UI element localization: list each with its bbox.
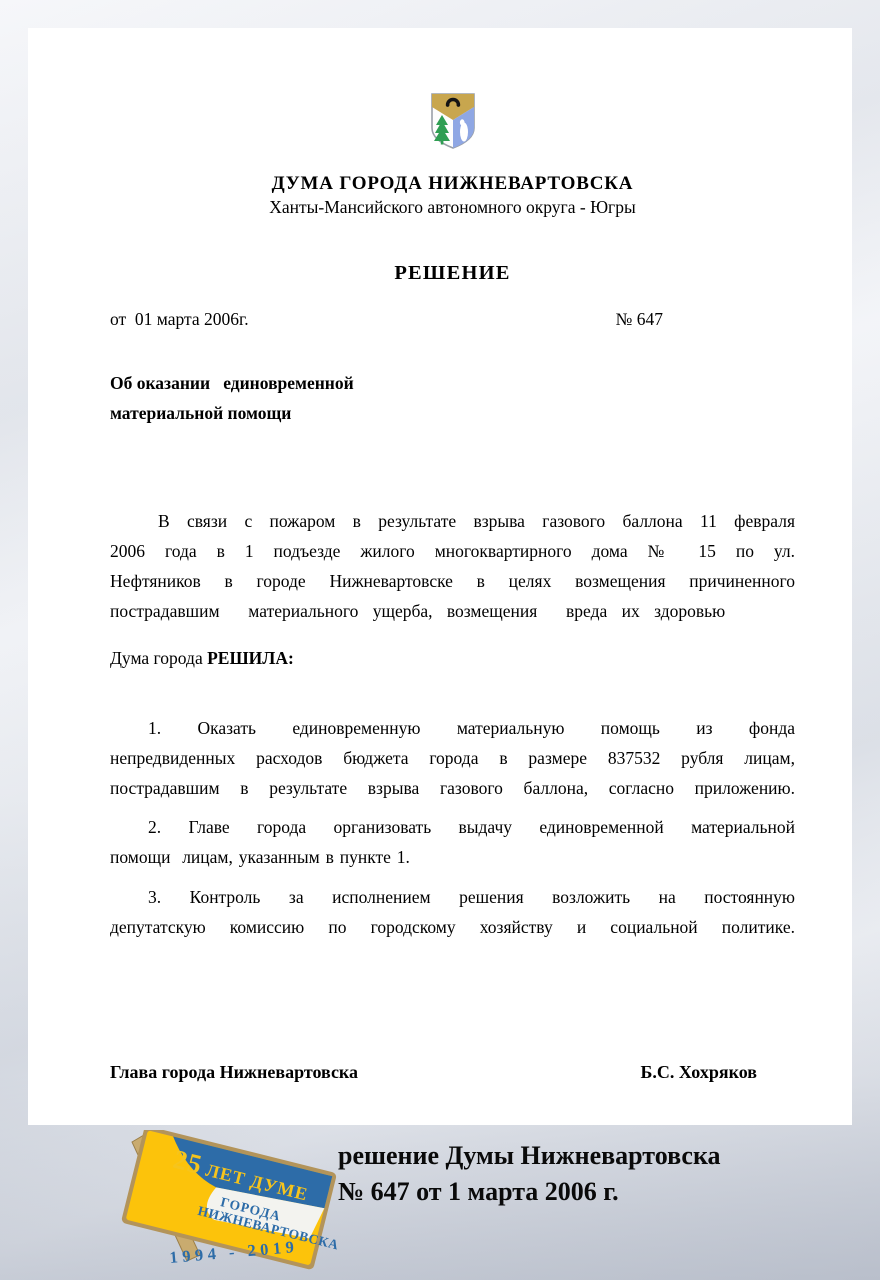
screenshot-root: { "header": { "org": "ДУМА ГОРОДА НИЖНЕВ… xyxy=(0,0,880,1280)
org-title: ДУМА ГОРОДА НИЖНЕВАРТОВСКА xyxy=(110,173,795,195)
resolution-item-1: 1. Оказать единовременную материальную п… xyxy=(110,713,795,803)
resolution-item-3: 3. Контроль за исполнением решения возло… xyxy=(110,882,795,942)
document-page: ДУМА ГОРОДА НИЖНЕВАРТОВСКА Ханты-Мансийс… xyxy=(28,28,852,1125)
document-number: № 647 xyxy=(616,308,663,330)
intro-line: Нефтяников в городе Нижневартовске в цел… xyxy=(110,566,795,596)
resolution-lead: Дума города РЕШИЛА: xyxy=(110,646,795,670)
subject-line: материальной помощи xyxy=(110,398,795,428)
resolution-lead-prefix: Дума города xyxy=(110,648,207,668)
item-line: 1. Оказать единовременную материальную п… xyxy=(110,713,795,743)
anniversary-flag-logo: 25 ЛЕТ ДУМЕ ГОРОДА НИЖНЕВАРТОВСКА 1994 -… xyxy=(108,1130,350,1276)
resolution-item-2: 2. Главе города организовать выдачу един… xyxy=(110,812,795,872)
city-coat-of-arms-icon xyxy=(429,92,477,150)
resolution-lead-word: РЕШИЛА: xyxy=(207,648,294,668)
document-type-title: РЕШЕНИЕ xyxy=(110,261,795,285)
document-date: от 01 марта 2006г. xyxy=(110,308,249,330)
document-subject: Об оказании единовременной материальной … xyxy=(110,368,795,428)
footer-caption: решение Думы Нижневартовска № 647 от 1 м… xyxy=(338,1138,721,1210)
item-line: 2. Главе города организовать выдачу един… xyxy=(110,812,795,842)
item-line: 3. Контроль за исполнением решения возло… xyxy=(110,882,795,912)
intro-line: 2006 года в 1 подъезде жилого многокварт… xyxy=(110,536,795,566)
signature-row: Глава города Нижневартовска Б.С. Хохряко… xyxy=(110,1060,795,1084)
date-number-row: от 01 марта 2006г. № 647 xyxy=(110,308,795,330)
document-content: ДУМА ГОРОДА НИЖНЕВАРТОВСКА Ханты-Мансийс… xyxy=(28,92,852,1084)
subject-line: Об оказании единовременной xyxy=(110,368,795,398)
item-line: пострадавшим в результате взрыва газовог… xyxy=(110,773,795,803)
footer-caption-line: решение Думы Нижневартовска xyxy=(338,1138,721,1174)
signature-name: Б.С. Хохряков xyxy=(640,1060,757,1084)
intro-line: В связи с пожаром в результате взрыва га… xyxy=(110,506,795,536)
item-line: непредвиденных расходов бюджета города в… xyxy=(110,743,795,773)
item-line: помощи лицам, указанным в пункте 1. xyxy=(110,842,795,872)
item-line: депутатскую комиссию по городскому хозяй… xyxy=(110,912,795,942)
intro-line: пострадавшим материального ущерба, возме… xyxy=(110,596,795,626)
intro-paragraph: В связи с пожаром в результате взрыва га… xyxy=(110,506,795,626)
signature-position: Глава города Нижневартовска xyxy=(110,1060,358,1084)
org-region: Ханты-Мансийского автономного округа - Ю… xyxy=(110,197,795,218)
footer-caption-line: № 647 от 1 марта 2006 г. xyxy=(338,1174,721,1210)
